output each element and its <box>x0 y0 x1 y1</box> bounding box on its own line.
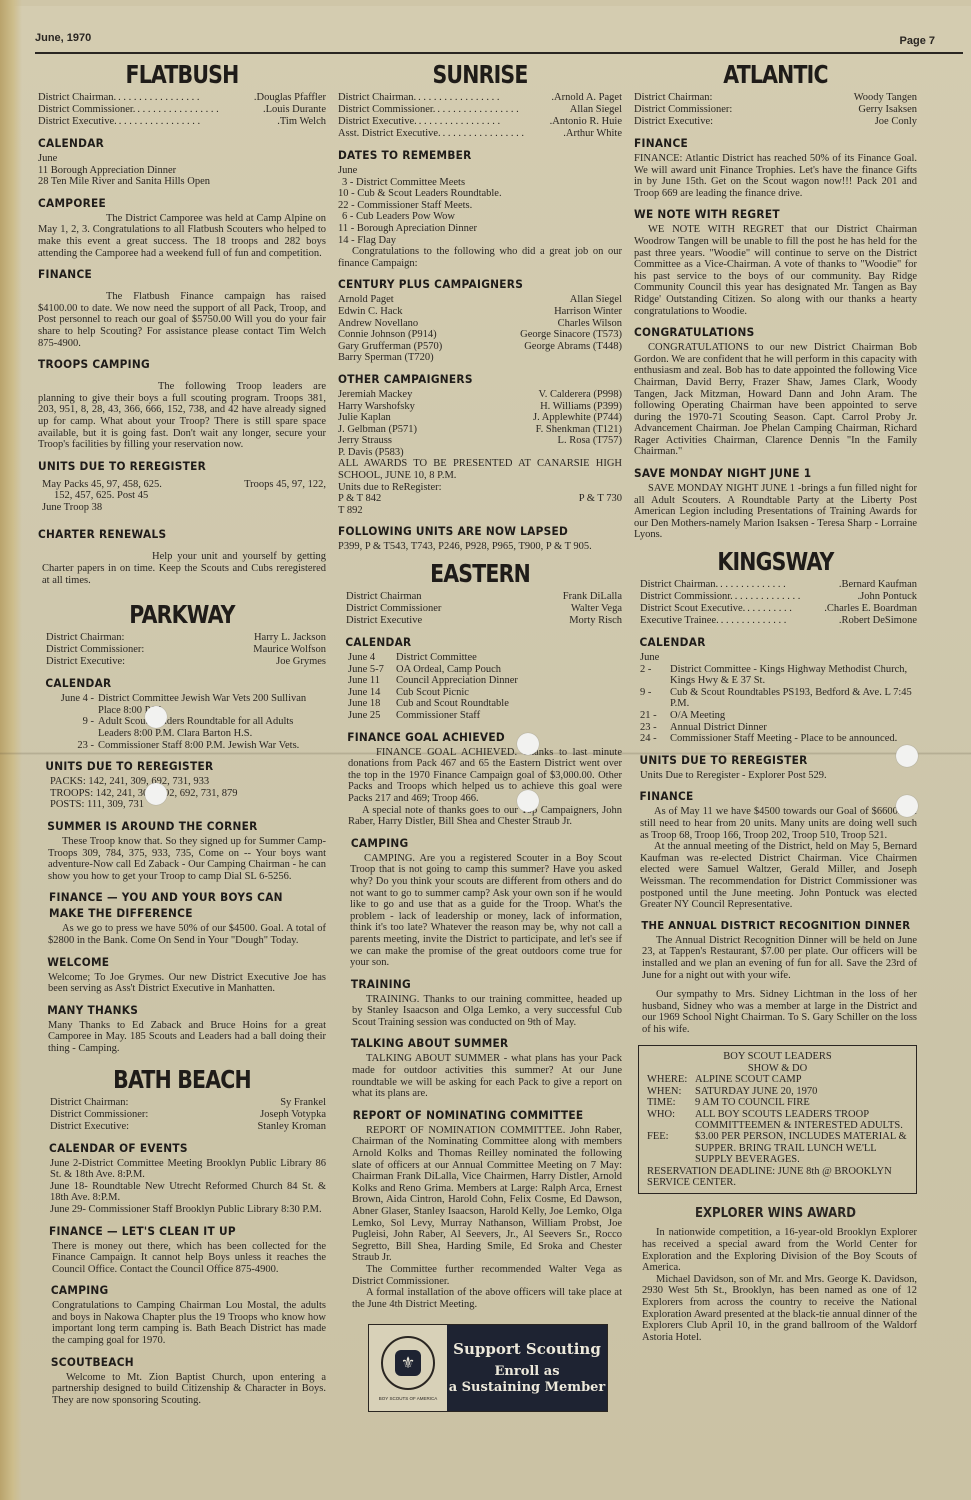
list-item: Harry WarshofskyH. Williams (P399) <box>338 401 622 413</box>
section-heading: EXPLORER WINS AWARD <box>648 1206 903 1221</box>
boypower-logo: ⚜ BOY SCOUTS OF AMERICA <box>369 1325 447 1411</box>
support-scouting-ad: ⚜ BOY SCOUTS OF AMERICA Support Scouting… <box>368 1324 608 1412</box>
section-heading: CALENDAR OF EVENTS <box>38 1141 303 1155</box>
article-text: WE NOTE WITH REGRET that our District Ch… <box>634 224 917 317</box>
officers-kingsway: District Chairman.. . . . . . . . . . . … <box>634 579 917 627</box>
section-heading: FINANCE — YOU AND YOUR BOYS CAN <box>38 890 303 904</box>
section-heading: MANY THANKS <box>38 1003 303 1017</box>
article-text: TRAINING. Thanks to our training committ… <box>338 994 622 1029</box>
punch-hole <box>517 790 539 812</box>
article-text: At the annual meeting of the District, h… <box>634 841 917 911</box>
section-heading: CAMPOREE <box>38 196 303 210</box>
section-heading: REPORT OF NOMINATING COMMITTEE <box>338 1108 599 1122</box>
officers-eastern: District ChairmanFrank DiLalla District … <box>338 591 622 627</box>
section-heading: FINANCE <box>634 789 894 803</box>
list-item: P. Davis (P583) <box>338 447 622 459</box>
article-text: FINANCE: Atlantic District has reached 5… <box>634 153 917 199</box>
section-heading: TROOPS CAMPING <box>38 357 303 371</box>
calendar-item: June 5-7OA Ordeal, Camp Pouch <box>348 664 622 676</box>
section-heading: SAVE MONDAY NIGHT JUNE 1 <box>634 466 894 480</box>
section-heading: WELCOME <box>38 955 303 969</box>
section-heading: SUMMER IS AROUND THE CORNER <box>38 819 303 833</box>
section-heading: FINANCE GOAL ACHIEVED <box>338 730 599 744</box>
article-text: The Committee further recommended Walter… <box>338 1264 622 1287</box>
section-heading: MAKE THE DIFFERENCE <box>38 906 303 920</box>
calendar-item: 24 -Commissioner Staff Meeting - Place t… <box>640 733 917 745</box>
article-text: As we go to press we have 50% of our $45… <box>38 923 326 946</box>
article-text: CAMPING. Are you a registered Scouter in… <box>338 853 622 969</box>
section-heading: TRAINING <box>338 977 599 991</box>
section-heading: WE NOTE WITH REGRET <box>634 207 894 221</box>
article-text: There is money out there, which has been… <box>38 1241 326 1276</box>
article-text: The following Troop leaders are planning… <box>38 381 326 451</box>
section-heading: TALKING ABOUT SUMMER <box>338 1036 599 1050</box>
section-heading: UNITS DUE TO REREGISTER <box>38 459 303 473</box>
district-title-sunrise: SUNRISE <box>364 60 597 90</box>
officers-bathbeach: District Chairman:Sy Frankel District Co… <box>38 1097 326 1133</box>
section-heading: CALENDAR <box>38 676 303 690</box>
section-heading: SCOUTBEACH <box>38 1355 303 1369</box>
article-text: REPORT OF NOMINATION COMMITTEE. John Rab… <box>338 1125 622 1264</box>
article-text: A special note of thanks goes to our Top… <box>338 805 622 828</box>
event-detail-row: TIME:9 AM TO COUNCIL FIRE <box>647 1097 908 1108</box>
article-text: As of May 11 we have $4500 towards our G… <box>634 806 917 841</box>
article-text: Welcome to Mt. Zion Baptist Church, upon… <box>38 1372 326 1407</box>
section-heading: CHARTER RENEWALS <box>38 527 303 541</box>
section-heading: CAMPING <box>338 836 599 850</box>
fleur-de-lis-icon: ⚜ <box>395 1350 421 1376</box>
article-text: The Annual District Recognition Dinner w… <box>634 935 917 981</box>
event-detail-row: WHERE:ALPINE SCOUT CAMP <box>647 1074 908 1085</box>
kingsway-calendar: 2 -District Committee - Kings Highway Me… <box>634 664 917 745</box>
column-1: FLATBUSH District Chairman.. . . . . . .… <box>38 56 326 1406</box>
calendar-item: June 18Cub and Scout Roundtable <box>348 698 622 710</box>
district-title-eastern: EASTERN <box>364 559 597 589</box>
list-item: Andrew NovellanoCharles Wilson <box>338 318 622 330</box>
column-2: SUNRISE District Chairman.. . . . . . . … <box>338 56 622 1412</box>
section-heading: CALENDAR <box>338 635 599 649</box>
district-title-kingsway: KINGSWAY <box>659 547 891 577</box>
section-heading: FINANCE <box>38 267 303 281</box>
district-title-bathbeach: BATH BEACH <box>64 1065 300 1095</box>
section-heading: DATES TO REMEMBER <box>338 148 599 162</box>
list-item: Connie Johnson (P914)George Sinacore (T5… <box>338 329 622 341</box>
calendar-item: 21 -O/A Meeting <box>640 710 917 722</box>
article-text: In nationwide competition, a 16-year-old… <box>634 1227 917 1273</box>
punch-hole <box>145 783 167 805</box>
section-heading: OTHER CAMPAIGNERS <box>338 372 599 386</box>
district-title-parkway: PARKWAY <box>64 600 300 630</box>
event-detail-row: WHEN:SATURDAY JUNE 20, 1970 <box>647 1086 908 1097</box>
list-item: Barry Sperman (T720) <box>338 352 622 364</box>
eastern-calendar: June 4District CommitteeJune 5-7OA Ordea… <box>338 652 622 722</box>
section-heading: CAMPING <box>38 1283 303 1297</box>
district-title-flatbush: FLATBUSH <box>64 60 300 90</box>
section-heading: CENTURY PLUS CAMPAIGNERS <box>338 277 599 291</box>
century-campaigners-list: Arnold PagetAllan SiegelEdwin C. HackHar… <box>338 294 622 364</box>
calendar-item: 9 -Cub & Scout Roundtables PS193, Bedfor… <box>640 687 917 710</box>
section-heading: FINANCE <box>634 136 894 150</box>
article-text: The District Camporee was held at Camp A… <box>38 213 326 259</box>
section-heading: FOLLOWING UNITS ARE NOW LAPSED <box>338 524 599 538</box>
section-heading: CALENDAR <box>634 635 894 649</box>
page-number: Page 7 <box>900 35 935 47</box>
issue-date: June, 1970 <box>35 32 91 44</box>
section-heading: UNITS DUE TO REREGISTER <box>38 759 303 773</box>
list-item: Edwin C. HackHarrison Winter <box>338 306 622 318</box>
calendar-item: 2 -District Committee - Kings Highway Me… <box>640 664 917 687</box>
section-heading: THE ANNUAL DISTRICT RECOGNITION DINNER <box>634 919 894 932</box>
list-item: Julie KaplanJ. Applewhite (P744) <box>338 412 622 424</box>
show-and-do-box: BOY SCOUT LEADERS SHOW & DO WHERE:ALPINE… <box>638 1045 917 1194</box>
page-edge <box>0 0 22 1500</box>
list-item: Jerry StraussL. Rosa (T757) <box>338 435 622 447</box>
calendar-item: June 11Council Appreciation Dinner <box>348 675 622 687</box>
punch-hole <box>517 733 539 755</box>
calendar-item: June 4District Committee <box>348 652 622 664</box>
section-heading: CONGRATULATIONS <box>634 325 894 339</box>
article-text: These Troop know that. So they signed up… <box>38 836 326 882</box>
calendar-item: June 25Commissioner Staff <box>348 710 622 722</box>
article-text: Many Thanks to Ed Zaback and Bruce Hoins… <box>38 1020 326 1055</box>
officers-sunrise: District Chairman.. . . . . . . . . . . … <box>338 92 622 140</box>
calendar-item: June 14Cub Scout Picnic <box>348 687 622 699</box>
punch-hole <box>145 706 167 728</box>
section-heading: CALENDAR <box>38 136 303 150</box>
section-heading: UNITS DUE TO REREGISTER <box>634 753 894 767</box>
article-text: FINANCE GOAL ACHIEVED. Thanks to last mi… <box>338 747 622 805</box>
punch-hole <box>896 795 918 817</box>
list-item: J. Gelbman (P571)F. Shenkman (T121) <box>338 424 622 436</box>
punch-hole <box>896 745 918 767</box>
article-text: Help your unit and yourself by getting C… <box>38 551 326 586</box>
event-detail-row: WHO:ALL BOY SCOUTS LEADERS TROOP COMMITT… <box>647 1109 908 1132</box>
column-3: ATLANTIC District Chairman:Woody Tangen … <box>634 56 917 1343</box>
article-text: The Flatbush Finance campaign has raised… <box>38 291 326 349</box>
article-text: Michael Davidson, son of Mr. and Mrs. Ge… <box>634 1274 917 1344</box>
event-detail-row: FEE:$3.00 PER PERSON, INCLUDES MATERIAL … <box>647 1131 908 1165</box>
article-text: Welcome; To Joe Grymes. Our new District… <box>38 972 326 995</box>
district-title-atlantic: ATLANTIC <box>659 60 891 90</box>
officers-atlantic: District Chairman:Woody Tangen District … <box>634 92 917 128</box>
header-rule <box>35 22 963 54</box>
other-campaigners-list: Jeremiah MackeyV. Calderera (P998)Harry … <box>338 389 622 459</box>
officers-parkway: District Chairman:Harry L. Jackson Distr… <box>38 632 326 668</box>
calendar-item: 23 -Annual District Dinner <box>640 722 917 734</box>
article-text: Congratulations to Camping Chairman Lou … <box>38 1300 326 1346</box>
article-text: Our sympathy to Mrs. Sidney Lichtman in … <box>634 989 917 1035</box>
officers-flatbush: District Chairman.. . . . . . . . . . . … <box>38 92 326 128</box>
article-text: CONGRATULATIONS to our new District Chai… <box>634 342 917 458</box>
list-item: Jeremiah MackeyV. Calderera (P998) <box>338 389 622 401</box>
article-text: TALKING ABOUT SUMMER - what plans has yo… <box>338 1053 622 1099</box>
article-text: SAVE MONDAY NIGHT JUNE 1 -brings a fun f… <box>634 483 917 541</box>
list-item: Arnold PagetAllan Siegel <box>338 294 622 306</box>
section-heading: FINANCE — LET'S CLEAN IT UP <box>38 1224 303 1238</box>
list-item: Gary Grufferman (P570)George Abrams (T44… <box>338 341 622 353</box>
article-text: A formal installation of the above offic… <box>338 1287 622 1310</box>
